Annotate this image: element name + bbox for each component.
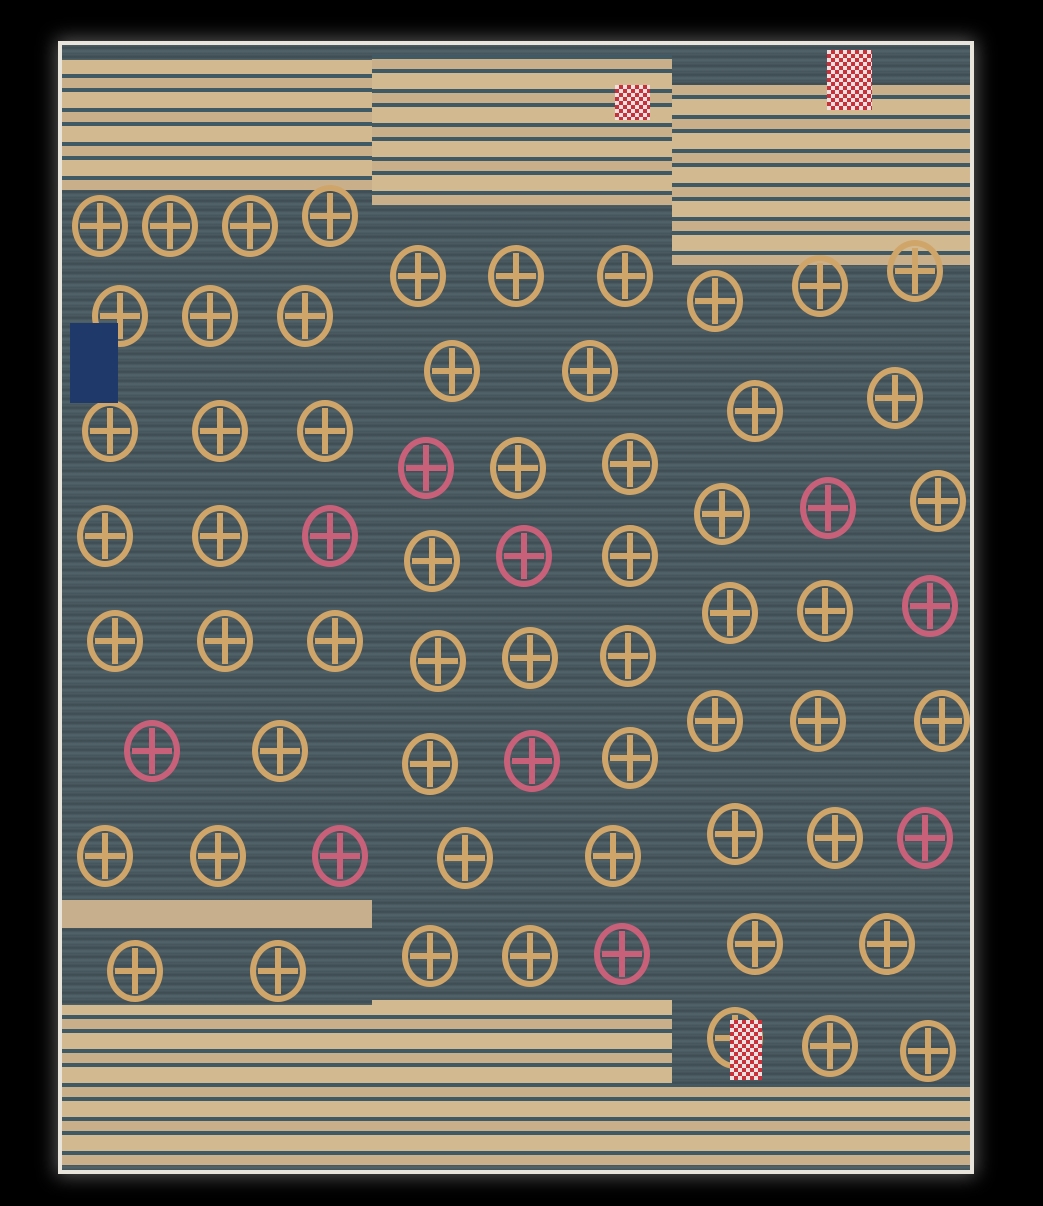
medallion	[914, 690, 970, 752]
medallion	[562, 340, 618, 402]
bottom-border-center	[372, 1000, 672, 1165]
medallion	[192, 400, 248, 462]
left-stripe	[62, 900, 372, 928]
red-check-patch	[615, 85, 650, 120]
medallion	[404, 530, 460, 592]
medallion	[410, 630, 466, 692]
medallion	[297, 400, 353, 462]
blue-patch	[70, 323, 118, 403]
medallion	[82, 400, 138, 462]
medallion	[900, 1020, 956, 1082]
medallion	[437, 827, 493, 889]
medallion	[727, 913, 783, 975]
medallion	[910, 470, 966, 532]
medallion	[502, 925, 558, 987]
medallion	[72, 195, 128, 257]
medallion	[390, 245, 446, 307]
medallion	[312, 825, 368, 887]
medallion	[182, 285, 238, 347]
red-check-patch	[730, 1020, 762, 1080]
medallion	[250, 940, 306, 1002]
medallion	[77, 825, 133, 887]
medallion	[897, 807, 953, 869]
red-check-patch	[827, 50, 872, 110]
rug-photo	[62, 45, 970, 1170]
medallion	[302, 505, 358, 567]
medallion	[707, 803, 763, 865]
medallion	[398, 437, 454, 499]
medallion	[402, 925, 458, 987]
bottom-border-left	[62, 1005, 372, 1165]
medallion	[600, 625, 656, 687]
medallion	[867, 367, 923, 429]
medallion	[192, 505, 248, 567]
medallion	[694, 483, 750, 545]
medallion	[687, 690, 743, 752]
medallion	[797, 580, 853, 642]
medallion	[807, 807, 863, 869]
medallion	[802, 1015, 858, 1077]
medallion	[302, 185, 358, 247]
medallion	[585, 825, 641, 887]
medallion	[502, 627, 558, 689]
medallion	[488, 245, 544, 307]
top-border-center	[372, 55, 672, 205]
medallion	[800, 477, 856, 539]
medallion	[496, 525, 552, 587]
top-border-right	[672, 85, 970, 265]
medallion	[859, 913, 915, 975]
medallion	[887, 240, 943, 302]
medallion	[602, 433, 658, 495]
medallion	[142, 195, 198, 257]
medallion	[790, 690, 846, 752]
medallion	[277, 285, 333, 347]
medallion	[307, 610, 363, 672]
medallion	[77, 505, 133, 567]
medallion	[727, 380, 783, 442]
medallion	[702, 582, 758, 644]
medallion	[402, 733, 458, 795]
medallion	[197, 610, 253, 672]
medallion	[504, 730, 560, 792]
medallion	[252, 720, 308, 782]
medallion	[190, 825, 246, 887]
medallion	[792, 255, 848, 317]
medallion	[424, 340, 480, 402]
bottom-border-right	[672, 1085, 970, 1165]
medallion	[602, 727, 658, 789]
medallion	[594, 923, 650, 985]
top-border-left	[62, 60, 372, 190]
medallion	[124, 720, 180, 782]
medallion	[602, 525, 658, 587]
medallion	[107, 940, 163, 1002]
medallion	[87, 610, 143, 672]
medallion	[687, 270, 743, 332]
medallion	[222, 195, 278, 257]
medallion	[490, 437, 546, 499]
medallion	[902, 575, 958, 637]
medallion	[597, 245, 653, 307]
